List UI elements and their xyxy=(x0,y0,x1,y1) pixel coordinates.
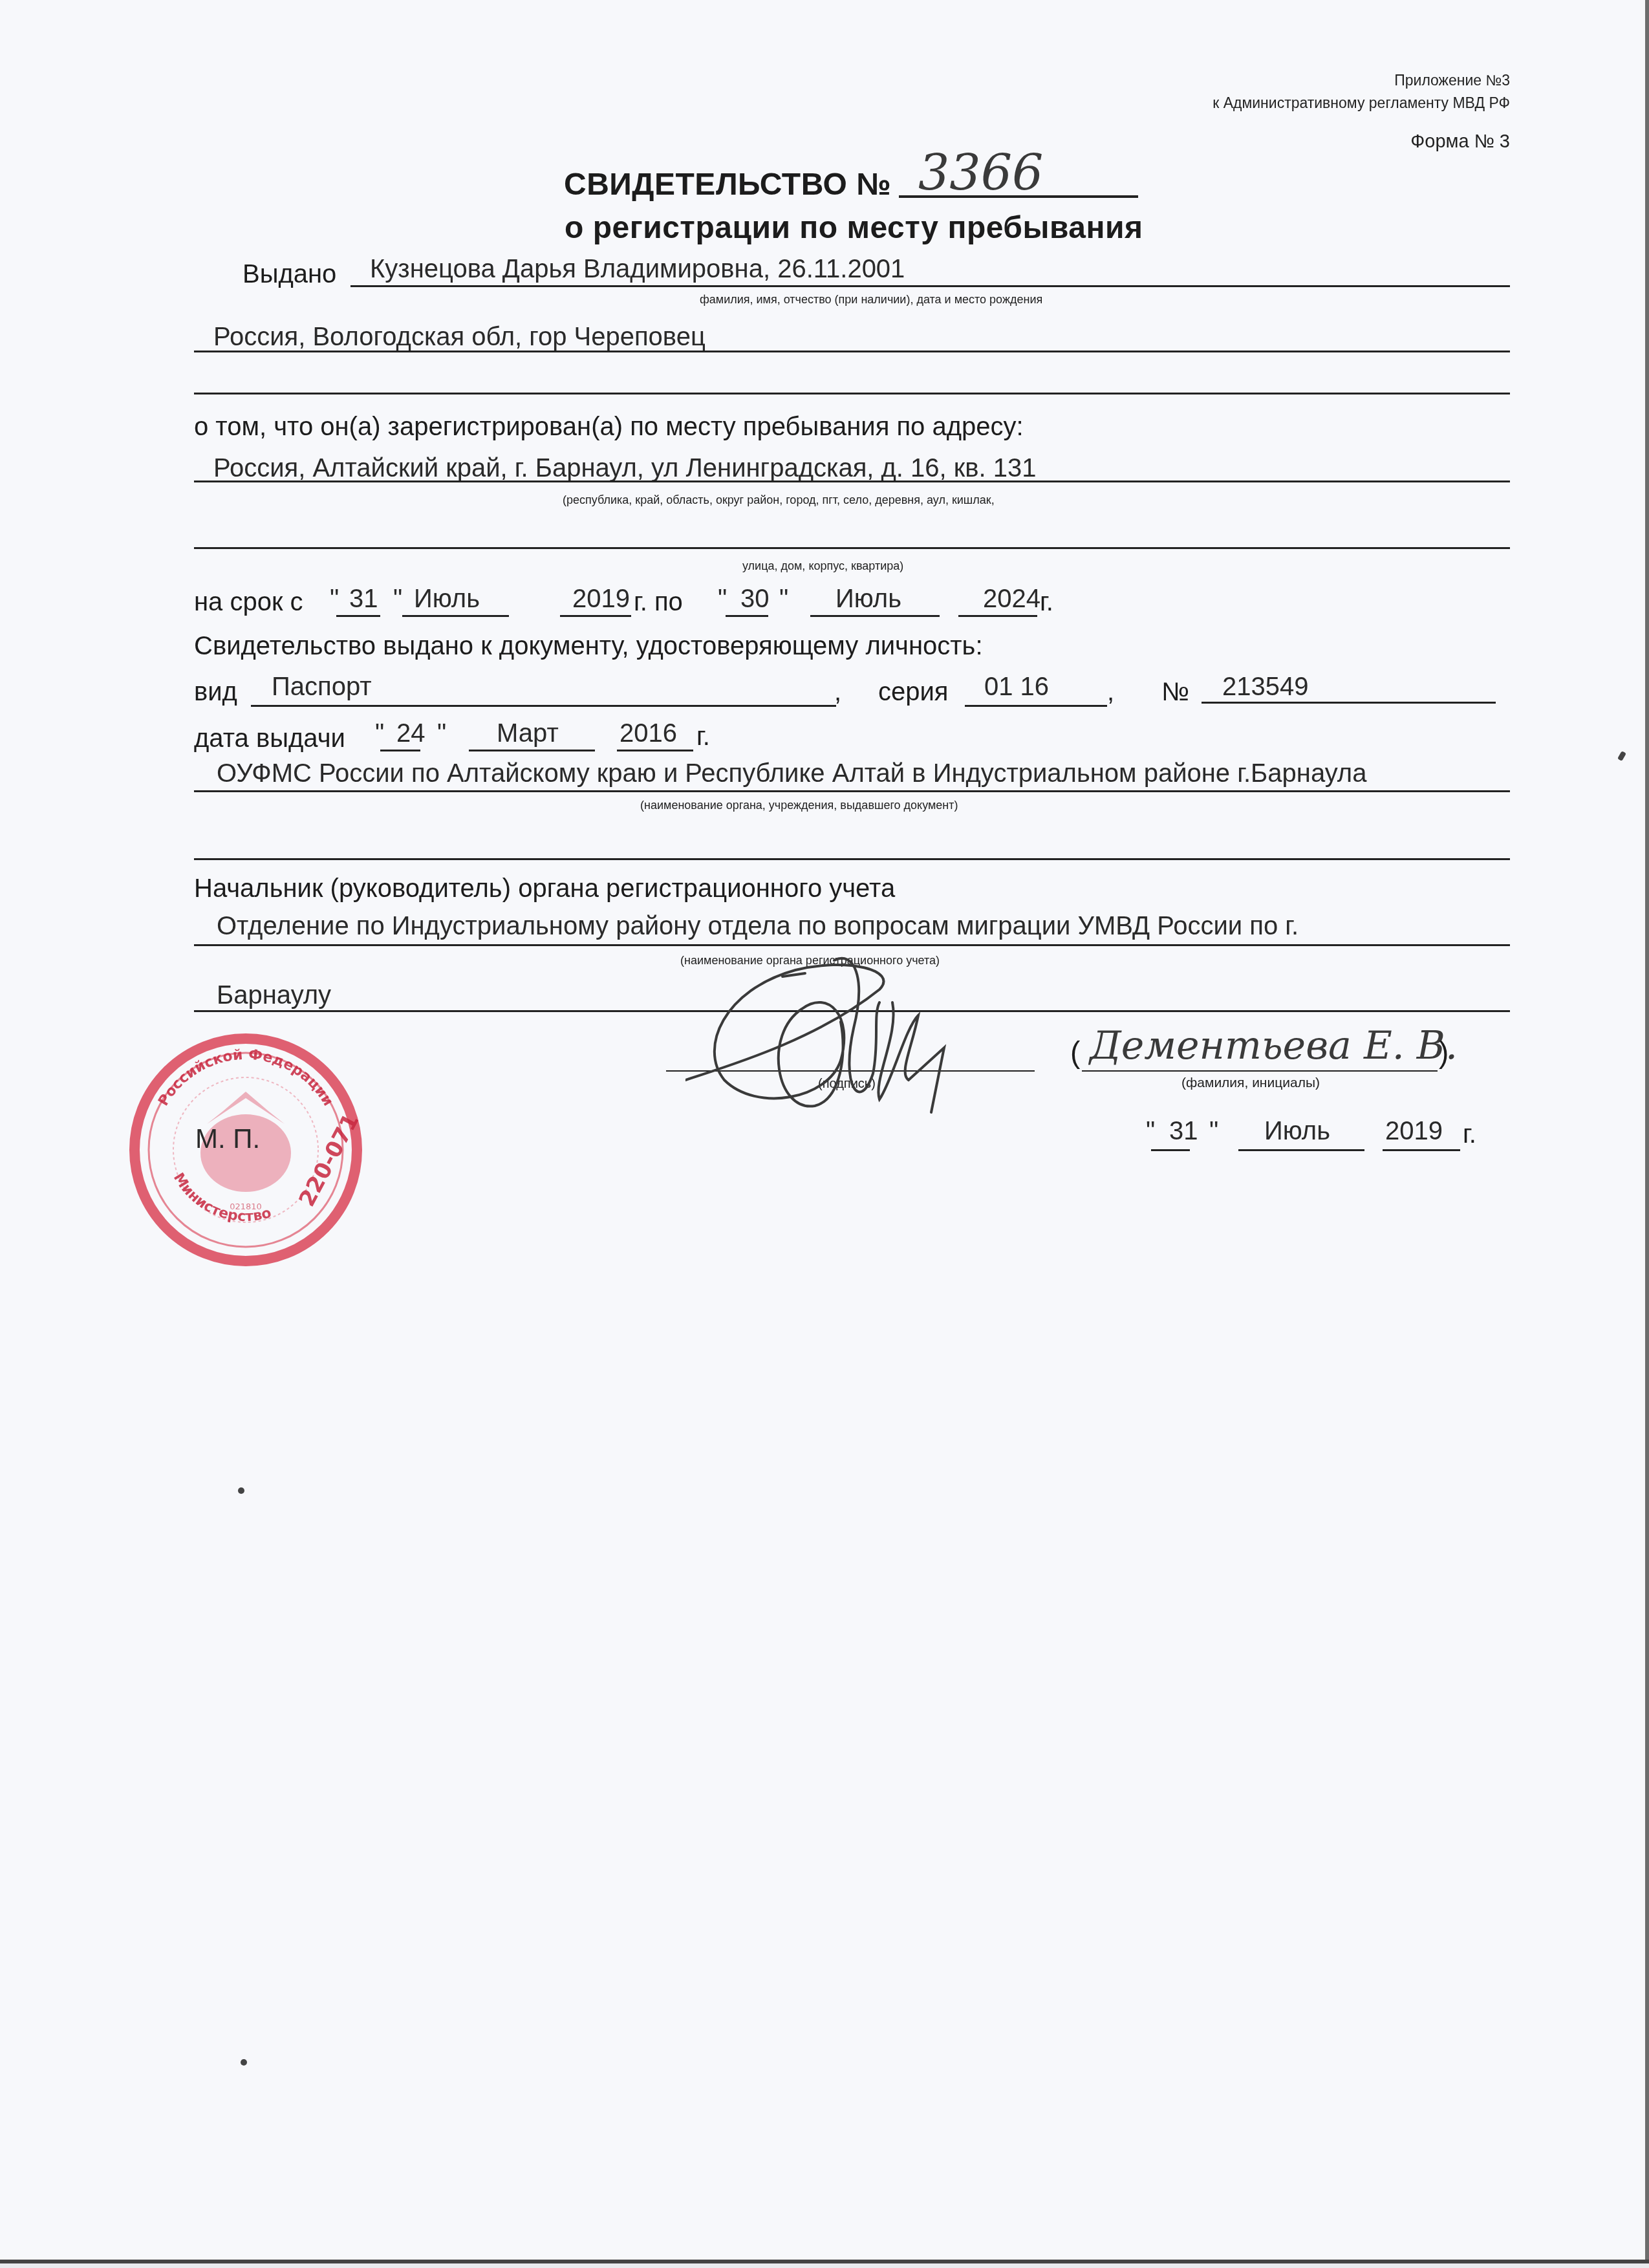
doc-series-underline xyxy=(965,705,1107,707)
document-title: СВИДЕТЕЛЬСТВО № xyxy=(564,167,891,203)
term-to-label: г. по xyxy=(634,587,683,618)
term-from-label: на срок с xyxy=(194,587,303,618)
doc-number-label: № xyxy=(1161,676,1189,707)
sign-quote-open: " xyxy=(1146,1117,1155,1145)
issued-to-caption: фамилия, имя, отчество (при наличии), да… xyxy=(700,292,1042,307)
blank-underline-1 xyxy=(194,393,1510,394)
issue-month-underline xyxy=(469,750,595,751)
signatory-name-caption: (фамилия, инициалы) xyxy=(1181,1076,1320,1090)
sign-quote-close: " xyxy=(1209,1117,1218,1145)
seal-placeholder-label: М. П. xyxy=(195,1123,260,1154)
term-from-day: 31 xyxy=(349,583,378,614)
sign-month: Июль xyxy=(1264,1116,1330,1147)
doc-type-underline xyxy=(251,705,836,707)
term-from-quote-open: " xyxy=(330,585,339,613)
scan-page-edge-right xyxy=(1645,0,1649,2268)
doc-number-value: 213549 xyxy=(1222,671,1308,702)
address-caption-1: (республика, край, область, округ район,… xyxy=(563,493,995,507)
issue-year-suffix: г. xyxy=(696,721,710,752)
issue-date-label: дата выдачи xyxy=(194,723,345,754)
name-close-paren: ) xyxy=(1439,1037,1449,1068)
term-to-quote-close: " xyxy=(779,585,788,613)
sign-year-underline xyxy=(1383,1149,1460,1151)
doc-type-label: вид xyxy=(194,676,237,707)
blank-underline-2 xyxy=(194,858,1510,860)
issuer-caption: (наименование органа, учреждения, выдавш… xyxy=(640,798,958,812)
sign-month-underline xyxy=(1238,1149,1364,1151)
scan-artifact-dot-1 xyxy=(238,1487,244,1494)
certificate-number-underline xyxy=(899,195,1138,198)
appendix-line-1: Приложение №3 xyxy=(1394,71,1510,89)
issued-to-value: Кузнецова Дарья Владимировна, 26.11.2001 xyxy=(370,254,905,285)
term-from-month: Июль xyxy=(414,583,480,614)
term-from-year: 2019 xyxy=(572,583,630,614)
seal-inner-code: 021810 xyxy=(230,1202,262,1212)
issued-to-underline xyxy=(350,285,1510,287)
term-to-month-underline xyxy=(810,615,940,617)
term-from-quote-close: " xyxy=(393,585,402,613)
appendix-line-2: к Административному регламенту МВД РФ xyxy=(1212,94,1510,112)
scan-artifact-mark xyxy=(1617,751,1626,761)
authority-name-line-2: Барнаулу xyxy=(217,980,331,1011)
issue-day: 24 xyxy=(396,718,426,749)
issue-quote-open: " xyxy=(375,719,384,748)
name-open-paren: ( xyxy=(1070,1037,1080,1068)
identity-doc-intro: Свидетельство выдано к документу, удосто… xyxy=(194,631,983,662)
certificate-number: 3366 xyxy=(918,144,1043,201)
term-to-month: Июль xyxy=(835,583,901,614)
issue-quote-close: " xyxy=(437,719,446,748)
sign-day: 31 xyxy=(1169,1116,1198,1147)
address-underline-2 xyxy=(194,547,1510,549)
authority-head-label: Начальник (руководитель) органа регистра… xyxy=(194,873,895,904)
term-to-quote-open: " xyxy=(718,585,727,613)
issue-year: 2016 xyxy=(620,718,677,749)
term-to-year-underline xyxy=(958,615,1037,617)
signature-scribble xyxy=(685,951,976,1125)
address-intro: о том, что он(а) зарегистрирован(а) по м… xyxy=(194,411,1024,442)
doc-type-comma: , xyxy=(834,676,841,707)
term-to-day-underline xyxy=(726,615,768,617)
signatory-name-handwritten: Дементьева Е. В. xyxy=(1090,1023,1458,1068)
term-from-year-underline xyxy=(560,615,631,617)
doc-type-value: Паспорт xyxy=(272,671,372,702)
signatory-name-underline xyxy=(1082,1070,1438,1072)
issuer-value: ОУФМС России по Алтайскому краю и Респуб… xyxy=(217,758,1366,789)
authority-name-line-1: Отделение по Индустриальному району отде… xyxy=(217,911,1299,942)
document-subtitle: о регистрации по месту пребывания xyxy=(565,210,1143,246)
sign-year: 2019 xyxy=(1385,1116,1443,1147)
doc-series-label: серия xyxy=(878,676,949,707)
address-value: Россия, Алтайский край, г. Барнаул, ул Л… xyxy=(213,453,1037,484)
authority-name-underline-1 xyxy=(194,944,1510,946)
issue-month: Март xyxy=(497,718,559,749)
address-caption-2: улица, дом, корпус, квартира) xyxy=(742,559,903,573)
form-number: Форма № 3 xyxy=(1410,133,1510,151)
scan-artifact-dot-2 xyxy=(241,2059,247,2066)
sign-year-suffix: г. xyxy=(1463,1119,1476,1150)
sign-day-underline xyxy=(1151,1149,1190,1151)
doc-series-value: 01 16 xyxy=(984,671,1049,702)
doc-number-underline xyxy=(1202,702,1496,704)
issuer-underline xyxy=(194,790,1510,792)
term-year-suffix: г. xyxy=(1040,587,1053,618)
term-from-day-underline xyxy=(336,615,380,617)
issue-day-underline xyxy=(380,750,420,751)
term-to-day: 30 xyxy=(740,583,770,614)
birthplace-underline xyxy=(194,351,1510,352)
issued-to-label: Выдано xyxy=(242,259,336,290)
scan-page-margin-bottom xyxy=(0,2263,1649,2268)
term-from-month-underline xyxy=(402,615,509,617)
doc-series-comma: , xyxy=(1107,676,1114,707)
term-to-year: 2024 xyxy=(983,583,1040,614)
address-underline xyxy=(194,481,1510,482)
issue-year-underline xyxy=(617,750,693,751)
birthplace-value: Россия, Вологодская обл, гор Череповец xyxy=(213,321,706,352)
